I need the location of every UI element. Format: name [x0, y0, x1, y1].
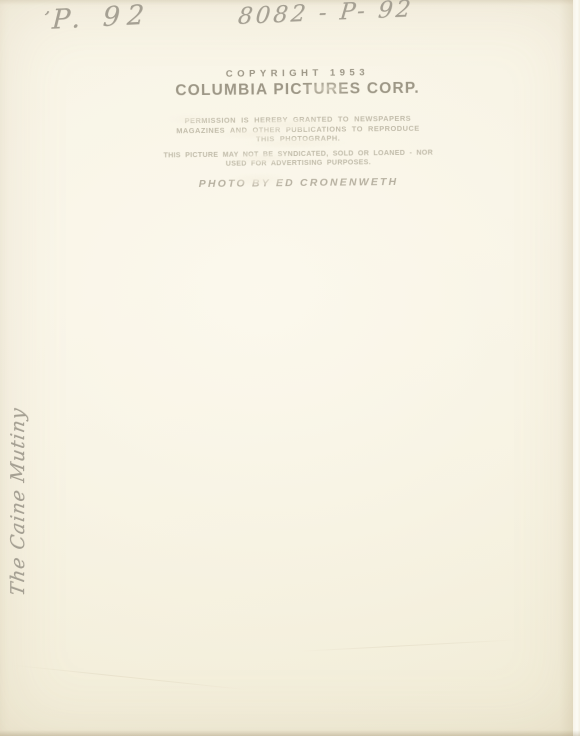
stamp-copyright-line: COPYRIGHT 1953: [127, 66, 467, 81]
pencil-tick-mark: ’: [41, 8, 51, 30]
pencil-negative-number: 8082 - P- 92: [237, 0, 415, 30]
pencil-title-vertical: The Caine Mutiny: [7, 406, 29, 598]
right-edge-shadow: [559, 0, 573, 736]
crease-mark: [300, 639, 520, 652]
stamp-restriction-text: THIS PICTURE MAY NOT BE SYNDICATED, SOLD…: [128, 148, 468, 170]
pencil-page-number: P. 92: [51, 0, 152, 36]
right-edge-highlight: [573, 0, 580, 736]
stamp-photo-credit: PHOTO BY ED CRONENWETH: [129, 175, 469, 191]
stamp-permission-text: PERMISSION IS HEREBY GRANTED TO NEWSPAPE…: [128, 113, 468, 145]
photo-verso: ’ P. 92 8082 - P- 92 The Caine Mutiny CO…: [0, 0, 580, 736]
bottom-edge-shadow: [0, 730, 580, 736]
copyright-stamp: COPYRIGHT 1953 COLUMBIA PICTURES CORP. P…: [127, 66, 468, 190]
stamp-studio-line: COLUMBIA PICTURES CORP.: [128, 79, 468, 101]
crease-mark: [11, 664, 250, 690]
